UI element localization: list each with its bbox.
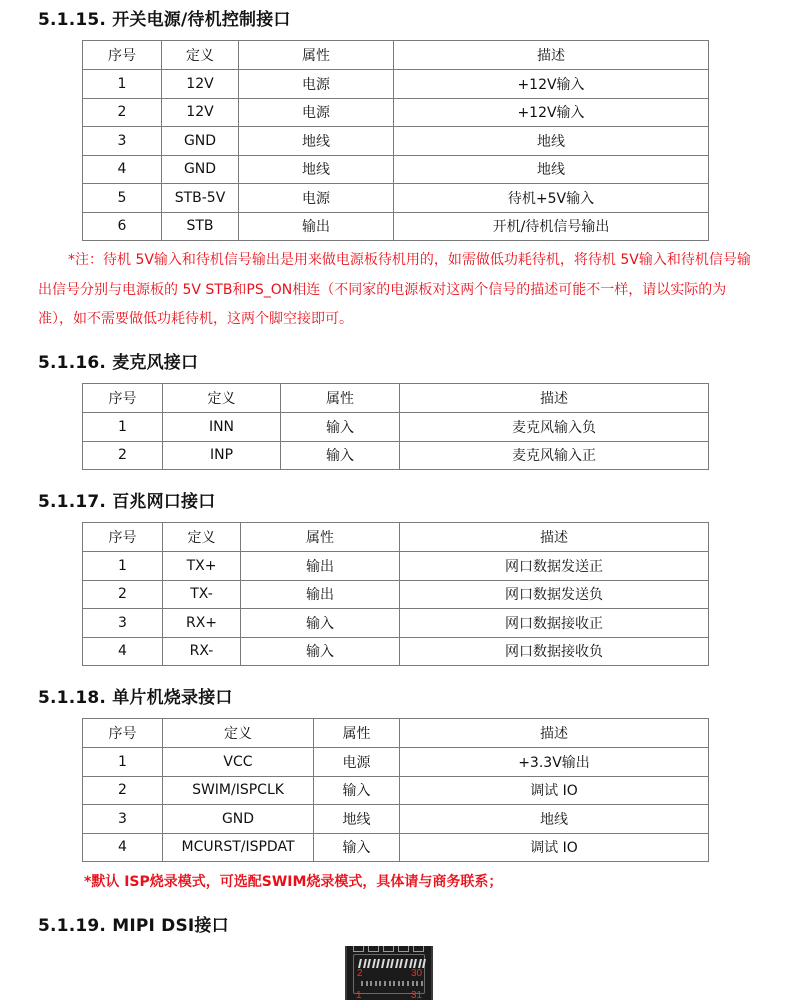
pin-label-31: 31 xyxy=(411,990,422,1000)
cell-attribute: 地线 xyxy=(239,127,394,156)
table-row: 3 GND 地线 地线 xyxy=(83,805,709,834)
cell-attribute: 输出 xyxy=(241,580,400,609)
cell-attribute: 电源 xyxy=(239,98,394,127)
table-row: 4 GND 地线 地线 xyxy=(83,155,709,184)
cell-index: 6 xyxy=(83,212,162,241)
cell-index: 4 xyxy=(83,155,162,184)
cell-attribute: 电源 xyxy=(239,70,394,99)
pin-label-1: 1 xyxy=(356,990,362,1000)
table-row: 5 STB-5V 电源 待机+5V输入 xyxy=(83,184,709,213)
col-header-definition: 定义 xyxy=(163,523,241,552)
cell-index: 1 xyxy=(83,70,162,99)
section-heading-mipi-dsi: 5.1.19. MIPI DSI接口 xyxy=(38,911,229,936)
cell-description: 地线 xyxy=(394,155,709,184)
cell-definition: GND xyxy=(162,127,239,156)
col-header-attribute: 属性 xyxy=(239,41,394,70)
cell-attribute: 输入 xyxy=(314,776,400,805)
cell-index: 1 xyxy=(83,413,163,442)
cell-definition: STB-5V xyxy=(162,184,239,213)
table-row: 2 TX- 输出 网口数据发送负 xyxy=(83,580,709,609)
cell-definition: GND xyxy=(163,805,314,834)
cell-attribute: 电源 xyxy=(314,748,400,777)
col-header-description: 描述 xyxy=(394,41,709,70)
table-ethernet: 序号 定义 属性 描述 1 TX+ 输出 网口数据发送正 2 TX- 输出 网口… xyxy=(82,522,709,666)
cell-attribute: 输入 xyxy=(241,637,400,666)
cell-attribute: 电源 xyxy=(239,184,394,213)
table-row: 1 12V 电源 +12V输入 xyxy=(83,70,709,99)
col-header-definition: 定义 xyxy=(163,384,281,413)
cell-attribute: 输入 xyxy=(281,441,400,470)
table-mcu-programming: 序号 定义 属性 描述 1 VCC 电源 +3.3V输出 2 SWIM/ISPC… xyxy=(82,718,709,862)
section-heading-microphone: 5.1.16. 麦克风接口 xyxy=(38,348,198,373)
table-microphone: 序号 定义 属性 描述 1 INN 输入 麦克风输入负 2 INP 输入 麦克风… xyxy=(82,383,709,470)
col-header-attribute: 属性 xyxy=(241,523,400,552)
cell-definition: 12V xyxy=(162,70,239,99)
table-row: 2 SWIM/ISPCLK 输入 调试 IO xyxy=(83,776,709,805)
cell-attribute: 地线 xyxy=(314,805,400,834)
cell-description: +3.3V输出 xyxy=(400,748,709,777)
table-row: 2 INP 输入 麦克风输入正 xyxy=(83,441,709,470)
col-header-attribute: 属性 xyxy=(281,384,400,413)
cell-description: 网口数据接收正 xyxy=(400,609,709,638)
col-header-index: 序号 xyxy=(83,41,162,70)
cell-attribute: 地线 xyxy=(239,155,394,184)
cell-description: 调试 IO xyxy=(400,776,709,805)
cell-index: 2 xyxy=(83,98,162,127)
connector-pins-even xyxy=(359,959,425,968)
table-header-row: 序号 定义 属性 描述 xyxy=(83,719,709,748)
table-power-standby: 序号 定义 属性 描述 1 12V 电源 +12V输入 2 12V 电源 +12… xyxy=(82,40,709,241)
cell-description: +12V输入 xyxy=(394,98,709,127)
table-row: 4 MCURST/ISPDAT 输入 调试 IO xyxy=(83,833,709,862)
cell-definition: TX- xyxy=(163,580,241,609)
cell-definition: 12V xyxy=(162,98,239,127)
cell-description: 网口数据发送正 xyxy=(400,552,709,581)
cell-definition: MCURST/ISPDAT xyxy=(163,833,314,862)
cell-description: 网口数据发送负 xyxy=(400,580,709,609)
col-header-description: 描述 xyxy=(400,384,709,413)
cell-definition: GND xyxy=(162,155,239,184)
col-header-index: 序号 xyxy=(83,523,163,552)
cell-description: 地线 xyxy=(400,805,709,834)
cell-definition: VCC xyxy=(163,748,314,777)
cell-definition: TX+ xyxy=(163,552,241,581)
table-row: 3 GND 地线 地线 xyxy=(83,127,709,156)
table-header-row: 序号 定义 属性 描述 xyxy=(83,384,709,413)
cell-description: 网口数据接收负 xyxy=(400,637,709,666)
table-row: 1 INN 输入 麦克风输入负 xyxy=(83,413,709,442)
mipi-dsi-connector-image: 2 30 1 31 xyxy=(345,946,433,1000)
connector-latch-tabs xyxy=(353,946,424,952)
cell-description: 麦克风输入正 xyxy=(400,441,709,470)
section-heading-power-standby: 5.1.15. 开关电源/待机控制接口 xyxy=(38,5,291,30)
cell-attribute: 输入 xyxy=(314,833,400,862)
cell-index: 2 xyxy=(83,580,163,609)
cell-index: 3 xyxy=(83,609,163,638)
cell-definition: INN xyxy=(163,413,281,442)
cell-definition: SWIM/ISPCLK xyxy=(163,776,314,805)
table-row: 2 12V 电源 +12V输入 xyxy=(83,98,709,127)
cell-description: 待机+5V输入 xyxy=(394,184,709,213)
section-heading-mcu-programming: 5.1.18. 单片机烧录接口 xyxy=(38,683,233,708)
cell-index: 1 xyxy=(83,748,163,777)
col-header-definition: 定义 xyxy=(163,719,314,748)
table-row: 1 TX+ 输出 网口数据发送正 xyxy=(83,552,709,581)
cell-index: 4 xyxy=(83,833,163,862)
col-header-index: 序号 xyxy=(83,384,163,413)
col-header-description: 描述 xyxy=(400,523,709,552)
cell-description: 地线 xyxy=(394,127,709,156)
table-row: 1 VCC 电源 +3.3V输出 xyxy=(83,748,709,777)
cell-index: 3 xyxy=(83,805,163,834)
standby-note: *注：待机 5V输入和待机信号输出是用来做电源板待机用的，如需做低功耗待机，将待… xyxy=(38,246,760,335)
table-header-row: 序号 定义 属性 描述 xyxy=(83,523,709,552)
col-header-index: 序号 xyxy=(83,719,163,748)
table-row: 4 RX- 输入 网口数据接收负 xyxy=(83,637,709,666)
cell-index: 5 xyxy=(83,184,162,213)
table-row: 3 RX+ 输入 网口数据接收正 xyxy=(83,609,709,638)
cell-attribute: 输入 xyxy=(281,413,400,442)
connector-pins-odd xyxy=(361,981,423,986)
cell-description: +12V输入 xyxy=(394,70,709,99)
cell-index: 2 xyxy=(83,776,163,805)
col-header-definition: 定义 xyxy=(162,41,239,70)
col-header-attribute: 属性 xyxy=(314,719,400,748)
cell-attribute: 输出 xyxy=(241,552,400,581)
pin-label-2: 2 xyxy=(357,968,363,979)
cell-attribute: 输出 xyxy=(239,212,394,241)
isp-note: *默认 ISP烧录模式，可选配SWIM烧录模式，具体请与商务联系； xyxy=(84,871,502,891)
table-header-row: 序号 定义 属性 描述 xyxy=(83,41,709,70)
section-heading-ethernet: 5.1.17. 百兆网口接口 xyxy=(38,487,215,512)
cell-index: 1 xyxy=(83,552,163,581)
cell-definition: RX- xyxy=(163,637,241,666)
pin-label-30: 30 xyxy=(411,968,422,979)
cell-index: 4 xyxy=(83,637,163,666)
cell-index: 2 xyxy=(83,441,163,470)
cell-definition: RX+ xyxy=(163,609,241,638)
cell-description: 麦克风输入负 xyxy=(400,413,709,442)
cell-definition: STB xyxy=(162,212,239,241)
cell-index: 3 xyxy=(83,127,162,156)
cell-definition: INP xyxy=(163,441,281,470)
cell-attribute: 输入 xyxy=(241,609,400,638)
table-row: 6 STB 输出 开机/待机信号输出 xyxy=(83,212,709,241)
col-header-description: 描述 xyxy=(400,719,709,748)
cell-description: 调试 IO xyxy=(400,833,709,862)
cell-description: 开机/待机信号输出 xyxy=(394,212,709,241)
